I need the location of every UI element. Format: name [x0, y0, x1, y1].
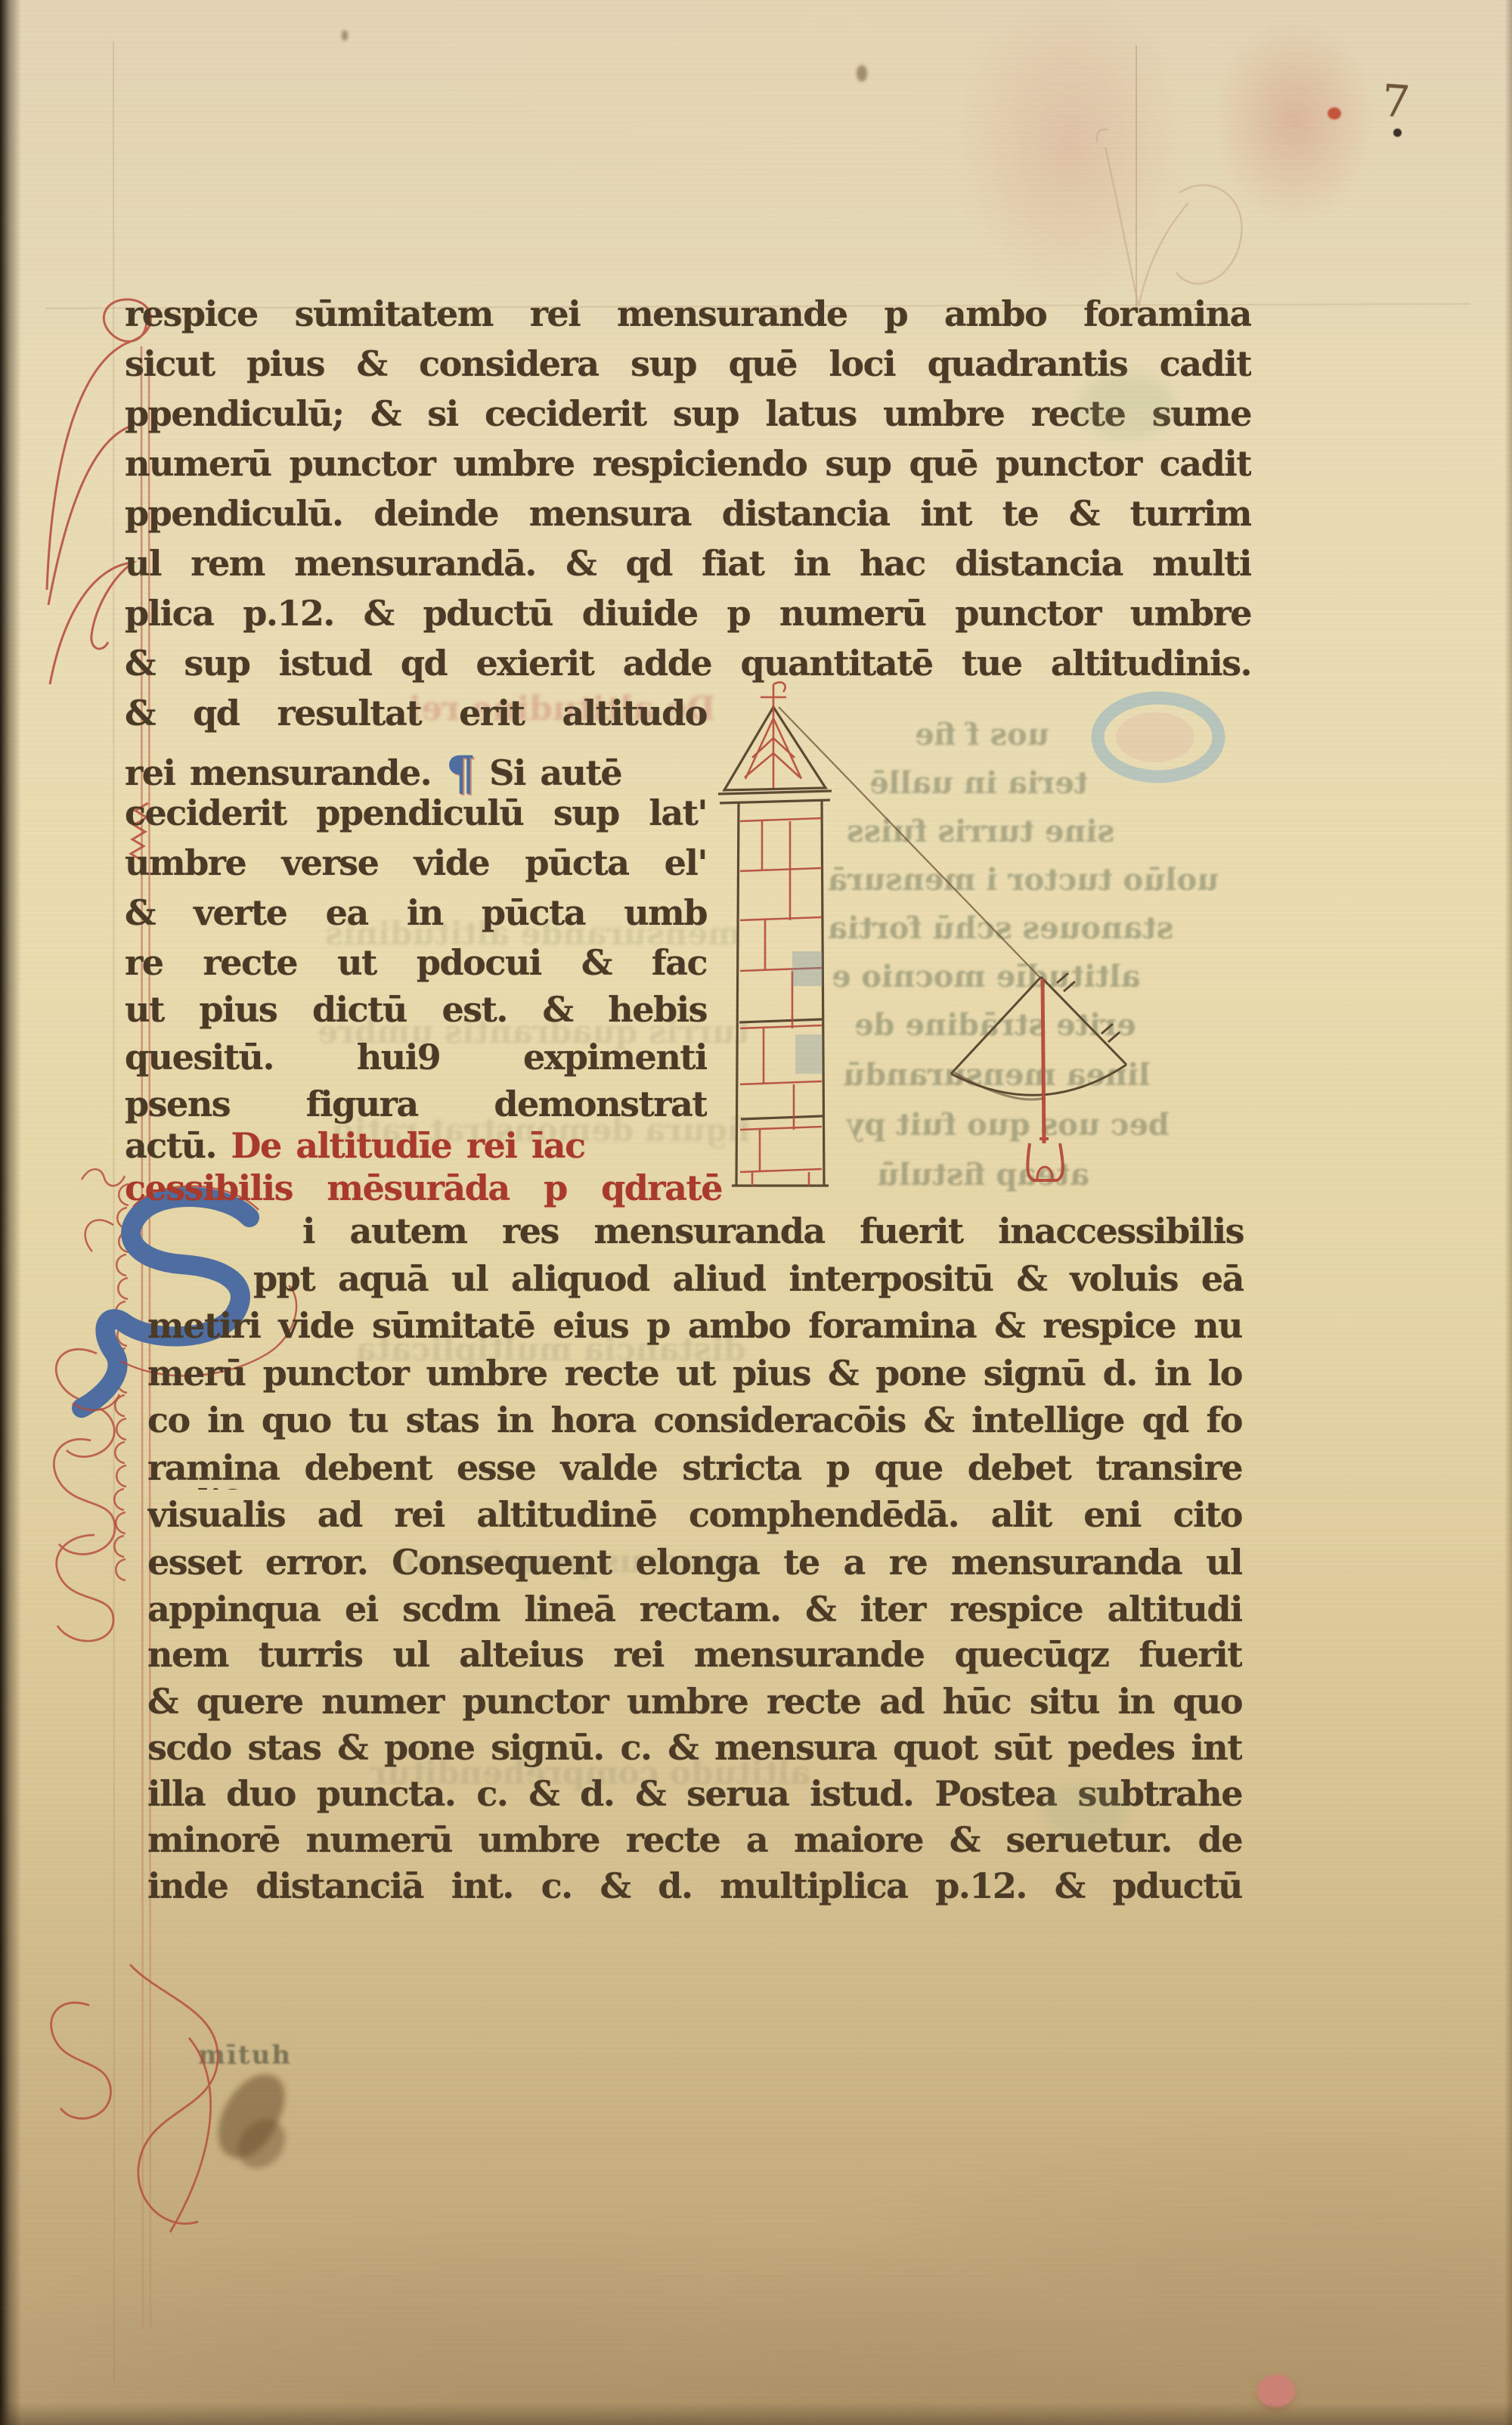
text-fragment: actū. — [125, 1125, 216, 1166]
text-line: & qd resultat erit altitudo — [125, 696, 707, 735]
text-line: appinqua ei scdm lineā rectam. & iter re… — [147, 1592, 1242, 1631]
manuscript-page: uos f fie teria in uallē sine turris fui… — [0, 0, 1512, 2425]
text-line: quesitū. hui9 expimenti — [125, 1040, 707, 1079]
showthrough-line: sine turris fuiss — [847, 814, 1114, 849]
brown-speck — [342, 30, 348, 41]
text-line: visualis ad rei altitudinē comphendēdā. … — [147, 1497, 1242, 1537]
ink-offset-word: mītuh — [198, 2040, 292, 2070]
text-line: nem turris ul alteius rei mensurande que… — [147, 1637, 1242, 1676]
text-line: rei mensurande. ¶ Si autē — [125, 746, 707, 792]
text-line: i autem res mensuranda fuerit inaccessib… — [302, 1214, 1244, 1253]
text-line: ramina debent esse valde stricta p que d… — [147, 1450, 1242, 1490]
ruling-lines — [45, 42, 1470, 2382]
text-line: merū punctor umbre recte ut pius & pone … — [147, 1356, 1242, 1395]
ink-smudge-stain — [228, 2110, 295, 2178]
red-ink-dot — [1328, 107, 1341, 119]
showthrough-line: stanoues schū fortia — [828, 910, 1173, 946]
text-fragment: rei mensurande. — [125, 752, 431, 793]
text-line: illa duo puncta. c. & d. & serua istud. … — [147, 1776, 1242, 1816]
text-line: & quere numer punctor umbre recte ad hūc… — [147, 1684, 1242, 1723]
text-line: scdo stas & pone signū. c. & mensura quo… — [147, 1730, 1242, 1769]
text-line: psens figura demonstrat — [125, 1087, 707, 1126]
text-line: esset error. Consequent elonga te a re m… — [147, 1545, 1242, 1584]
brown-speck — [857, 65, 867, 82]
showthrough-line: teria in uallē — [869, 765, 1088, 801]
text-line: co in quo tu stas in hora consideracōis … — [147, 1403, 1242, 1442]
text-line: numerū punctor umbre respiciendo sup quē… — [125, 446, 1251, 485]
rubric-heading: cessibilis mēsurāda p qdratē — [125, 1171, 722, 1210]
scallop-chain-icon — [82, 1169, 129, 1580]
black-ink-dot — [1393, 129, 1402, 137]
text-line: ppt aquā ul aliquod aliud interpositū & … — [253, 1261, 1244, 1301]
text-line: ut pius dictū est. & hebis — [125, 992, 707, 1031]
text-line: umbre verse vide pūcta el' — [125, 845, 707, 885]
showthrough-line: bec uos quo fuit py — [847, 1107, 1170, 1143]
text-line: metiri vide sūmitatē eius p ambo foramin… — [147, 1308, 1242, 1347]
text-line: & verte ea in pūcta umb — [125, 895, 707, 935]
text-line: inde distanciā int. c. & d. multiplica p… — [147, 1868, 1242, 1908]
showthrough-line: ateap fistulū — [877, 1157, 1089, 1192]
rubric-text: De altitudīe rei īac — [231, 1125, 585, 1166]
rubric-heading: actū. De altitudīe rei īac — [125, 1128, 722, 1163]
showthrough-line: uolūo tuctor i mensurā — [828, 862, 1219, 898]
showthrough-line: erite strādine de — [854, 1007, 1136, 1043]
showthrough-line: altitudīe mocnio e — [832, 959, 1141, 994]
folio-number: 7 — [1380, 75, 1412, 128]
showthrough-line: linea mensurandū — [843, 1057, 1150, 1093]
text-line: re recte ut pdocui & fac — [125, 945, 707, 985]
page-edge — [0, 2402, 1512, 2425]
page-edge — [1504, 0, 1512, 2425]
binding-edge — [0, 0, 21, 2425]
text-line: plica p.12. & pductū diuide p numerū pun… — [125, 596, 1251, 635]
showthrough-line: uos f fie — [915, 717, 1049, 752]
text-line: ppendiculū. deinde mensura distancia int… — [125, 496, 1251, 535]
text-line: ppendiculū; & si ceciderit sup latus umb… — [125, 396, 1251, 436]
text-line: & sup istud qd exierit adde quantitatē t… — [125, 646, 1251, 685]
showthrough-initial-o — [1098, 698, 1219, 777]
text-line: ul rem mensurandā. & qd fiat in hac dist… — [125, 546, 1251, 585]
text-line: minorē numerū umbre recte a maiore & ser… — [147, 1822, 1242, 1862]
text-line: respice sūmitatem rei mensurande p ambo … — [125, 296, 1251, 336]
pilcrow-mark: ¶ — [446, 750, 475, 797]
faint-plant-sketch-icon — [1097, 129, 1242, 306]
text-line: sicut pius & considera sup quē loci quad… — [125, 346, 1251, 386]
text-line: ceciderit ppendiculū sup lat' — [125, 795, 707, 835]
ink-smudge-stain — [208, 2064, 295, 2169]
text-fragment: Si autē — [489, 752, 621, 793]
